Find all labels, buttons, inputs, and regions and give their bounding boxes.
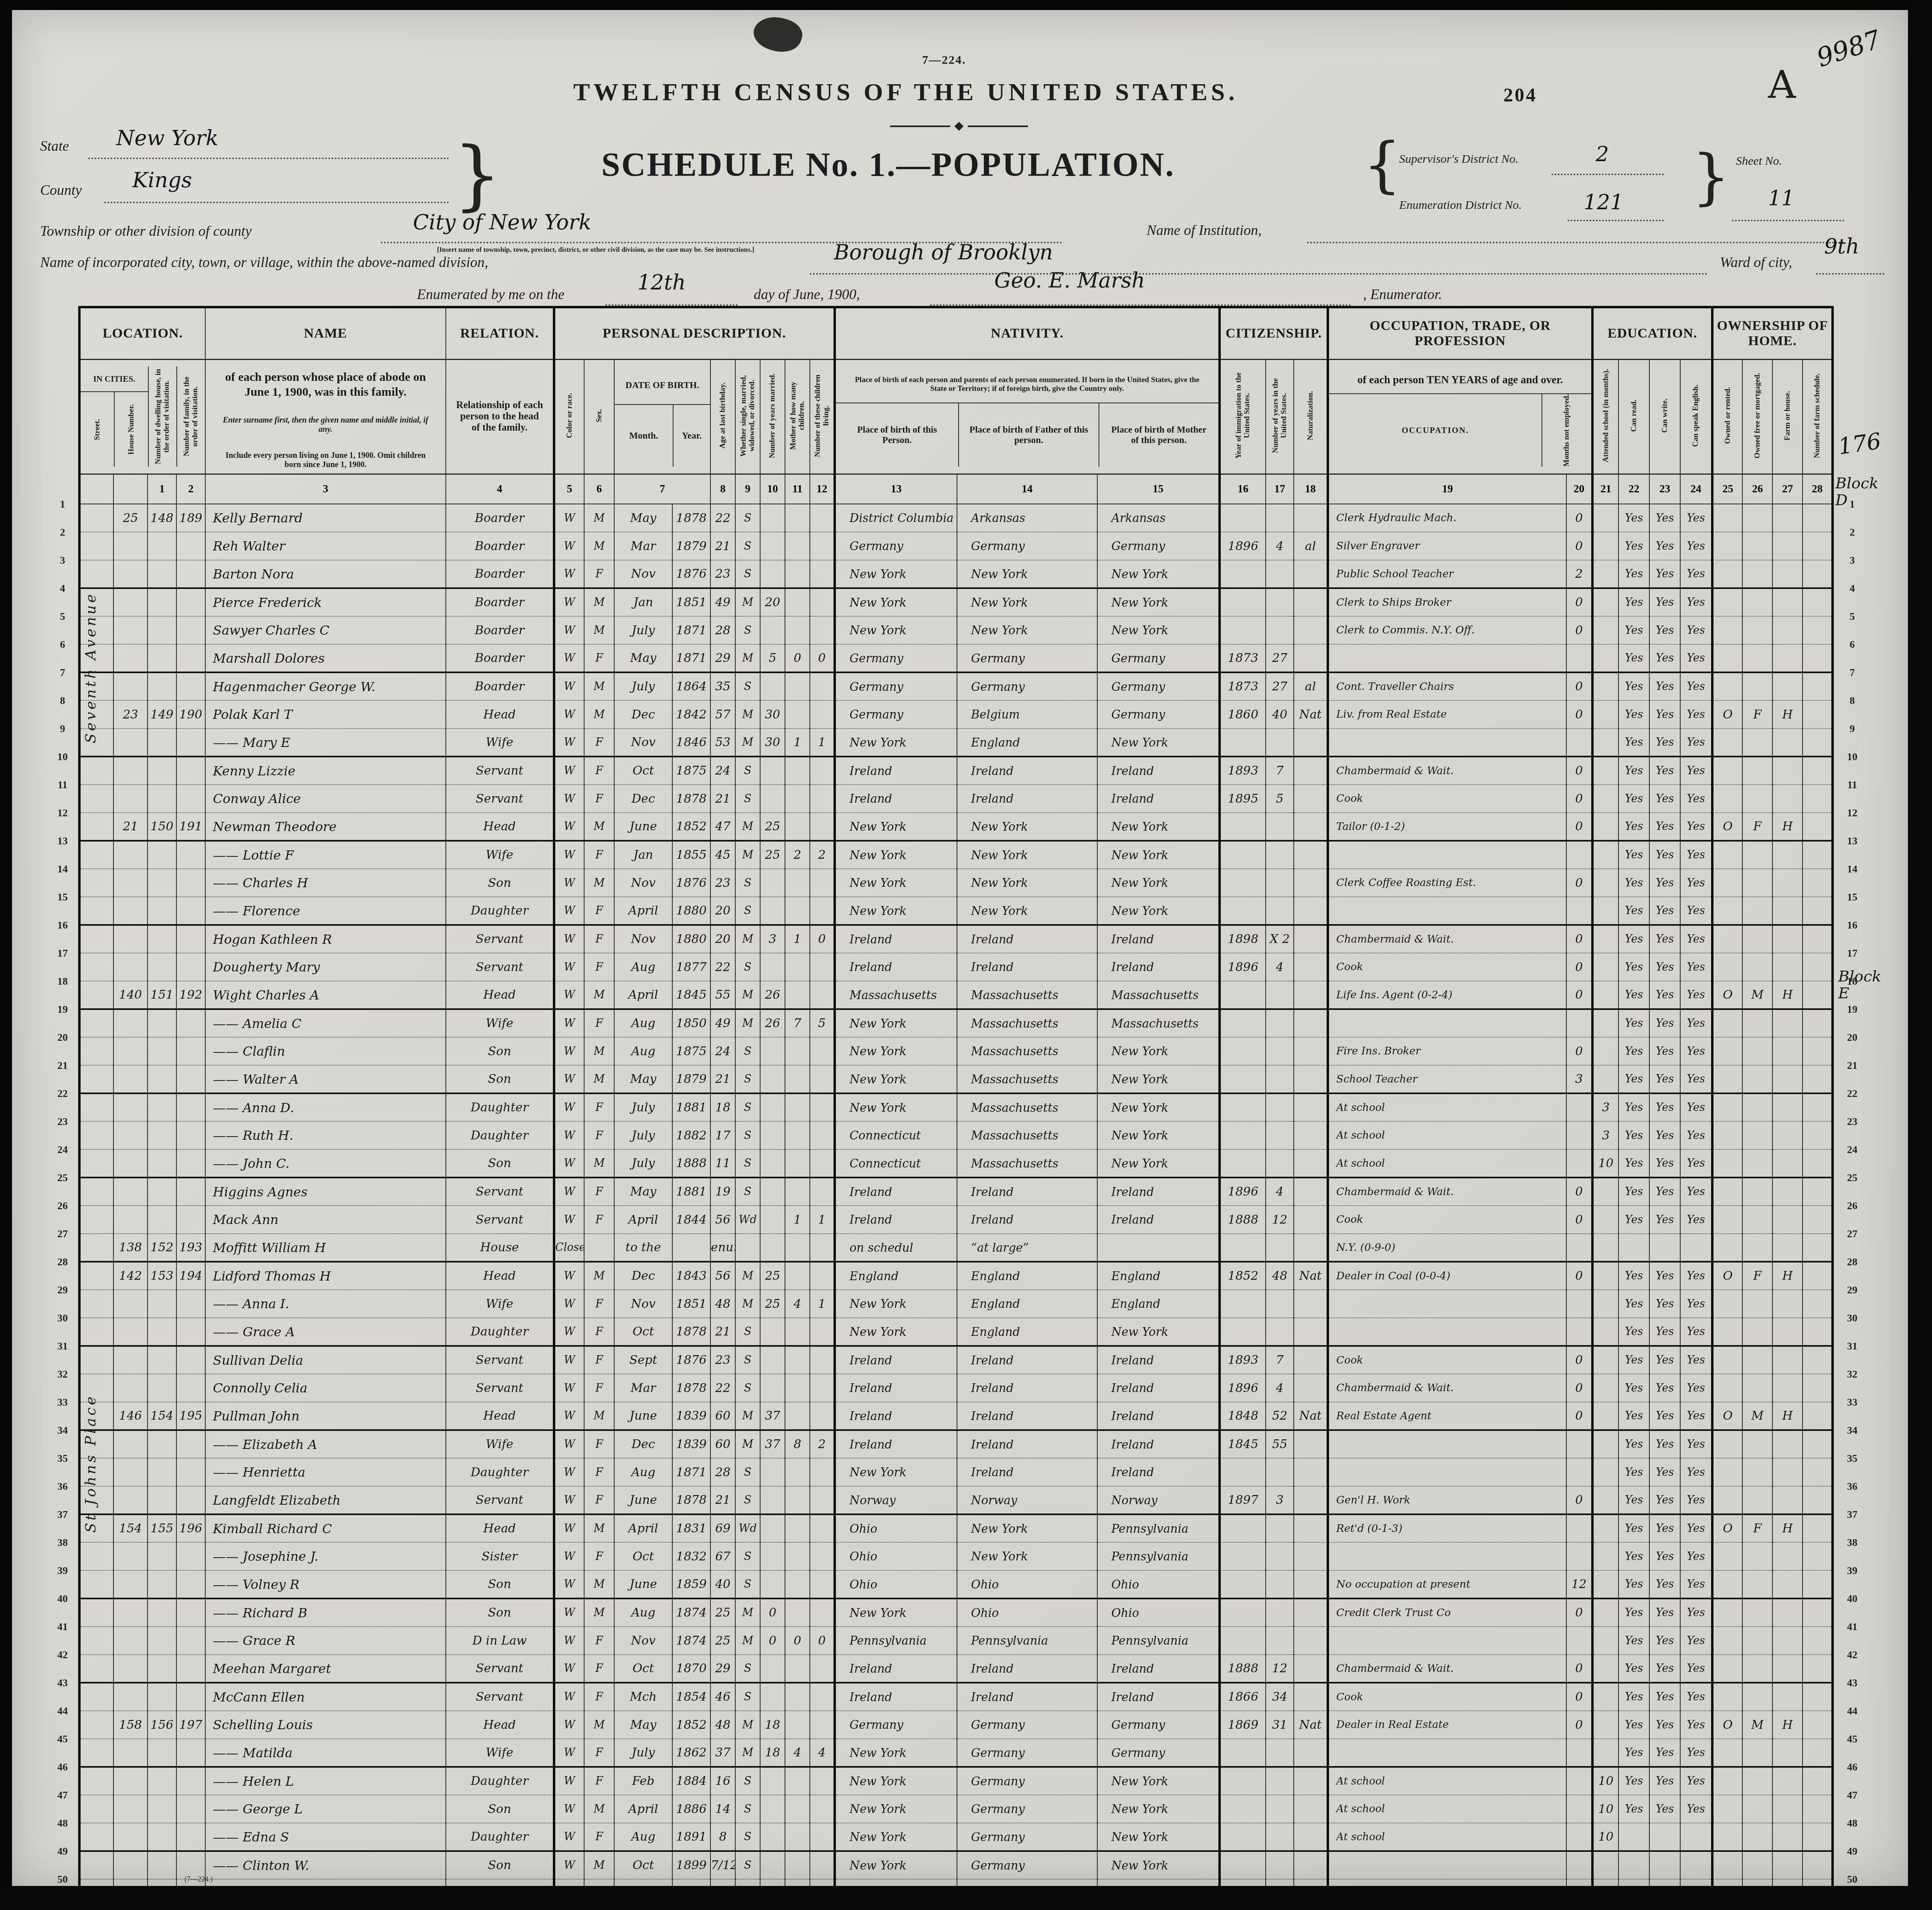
- cell-sex: M: [584, 1514, 614, 1542]
- cell-owned: [1712, 1795, 1742, 1823]
- cell-color: W: [554, 1037, 584, 1065]
- col-school: Attended school (in months).: [1592, 359, 1618, 474]
- table-row: —— Charles HSonWMNov187623SNew YorkNew Y…: [79, 869, 1833, 897]
- cell-owned: [1712, 1655, 1742, 1683]
- cell-name: Schelling Louis: [205, 1711, 446, 1739]
- cell-occupation: [1328, 1739, 1566, 1767]
- cell-marital: M: [735, 1598, 760, 1627]
- cell-yrs_us: [1266, 504, 1294, 532]
- cell-write: Yes: [1649, 1009, 1680, 1037]
- table-row: 140151192Wight Charles AHeadWMApril18455…: [79, 981, 1833, 1009]
- cell-farm: [1772, 1206, 1803, 1234]
- cell-write: Yes: [1649, 785, 1680, 813]
- cell-house: [113, 672, 148, 700]
- table-row: Mack AnnServantWFApril184456Wd11IrelandI…: [79, 1206, 1833, 1234]
- cell-relation: Son: [446, 869, 554, 897]
- cell-mortgage: [1742, 616, 1772, 644]
- cell-write: Yes: [1649, 1290, 1680, 1318]
- cell-house: 146: [113, 1402, 148, 1430]
- cell-mortgage: [1742, 1065, 1772, 1093]
- schedule-table: LOCATION. NAME RELATION. PERSONAL DESCRI…: [78, 306, 1834, 1886]
- cell-nat: al: [1294, 672, 1328, 700]
- col-sex: Sex.: [584, 359, 614, 474]
- cell-occupation: Dealer in Real Estate: [1328, 1711, 1566, 1739]
- cell-imm_year: 1893: [1220, 1346, 1266, 1374]
- cell-english: Yes: [1680, 1290, 1712, 1318]
- cell-relation: Wife: [446, 728, 554, 757]
- cell-yrs_married: 5: [760, 644, 785, 672]
- cell-english: Yes: [1680, 1093, 1712, 1121]
- cell-pob_father: Massachusetts: [957, 1065, 1097, 1093]
- cell-owned: [1712, 1318, 1742, 1346]
- cell-pob: Norway: [835, 1486, 957, 1514]
- cell-month: May: [614, 504, 672, 532]
- cell-pob: New York: [835, 1458, 957, 1486]
- cell-yrs_us: 31: [1266, 1711, 1294, 1739]
- cell-write: Yes: [1649, 700, 1680, 728]
- cell-english: Yes: [1680, 1486, 1712, 1514]
- margin-row-number: 34: [1840, 1416, 1864, 1445]
- cell-english: Yes: [1680, 1711, 1712, 1739]
- cell-pob_mother: Pennsylvania: [1097, 1627, 1220, 1655]
- cell-mortgage: [1742, 1795, 1772, 1823]
- cell-read: Yes: [1618, 1402, 1649, 1430]
- cell-marital: S: [735, 1683, 760, 1711]
- page-title: TWELFTH CENSUS OF THE UNITED STATES.: [573, 78, 1238, 107]
- cell-mother_of: [785, 1037, 810, 1065]
- cell-read: Yes: [1618, 1121, 1649, 1149]
- cell-months_unemp: [1566, 1795, 1592, 1823]
- cell-year: 1870: [672, 1655, 710, 1683]
- cell-pob_father: Massachusetts: [957, 1149, 1097, 1178]
- cell-family: 190: [176, 700, 205, 728]
- cell-sched: [1803, 1627, 1833, 1655]
- cell-street: [79, 897, 113, 925]
- cell-dwelling: [148, 1290, 176, 1318]
- cell-school: [1592, 504, 1618, 532]
- cell-farm: [1772, 504, 1803, 532]
- cell-owned: [1712, 532, 1742, 560]
- table-row: —— Anna I.WifeWFNov185148M2541New YorkEn…: [79, 1290, 1833, 1318]
- cell-living: [810, 813, 835, 841]
- cell-english: Yes: [1680, 1262, 1712, 1290]
- cell-relation: Daughter: [446, 1121, 554, 1149]
- cell-family: [176, 1206, 205, 1234]
- margin-row-number: 27: [51, 1220, 75, 1248]
- cell-month: Dec: [614, 700, 672, 728]
- cell-house: [113, 1346, 148, 1374]
- cell-marital: S: [735, 1795, 760, 1823]
- margin-row-number: 23: [51, 1108, 75, 1136]
- table-row: —— MatildaWifeWFJuly186237M1844New YorkG…: [79, 1739, 1833, 1767]
- column-number-name: 3: [205, 474, 446, 504]
- cell-living: [810, 1823, 835, 1851]
- cell-pob_mother: Germany: [1097, 1711, 1220, 1739]
- cell-dwelling: 149: [148, 700, 176, 728]
- cell-relation: Wife: [446, 1290, 554, 1318]
- cell-sex: M: [584, 532, 614, 560]
- cell-color: W: [554, 728, 584, 757]
- plate-letter: A: [1768, 62, 1796, 107]
- cell-yrs_us: 4: [1266, 1374, 1294, 1402]
- cell-pob: New York: [835, 1009, 957, 1037]
- cell-pob_mother: New York: [1097, 1093, 1220, 1121]
- cell-mother_of: [785, 953, 810, 981]
- cell-english: Yes: [1680, 1037, 1712, 1065]
- cell-occupation: At school: [1328, 1767, 1566, 1795]
- margin-row-number: 3: [51, 546, 75, 575]
- cell-marital: S: [735, 1851, 760, 1879]
- cell-farm: [1772, 1655, 1803, 1683]
- cell-year: 1881: [672, 1093, 710, 1121]
- cell-year: 1871: [672, 616, 710, 644]
- cell-mortgage: [1742, 869, 1772, 897]
- margin-row-number: 14: [1840, 855, 1864, 883]
- cell-months_unemp: [1566, 1149, 1592, 1178]
- cell-living: [810, 700, 835, 728]
- cell-year: 1852: [672, 1711, 710, 1739]
- cell-sched: [1803, 1093, 1833, 1121]
- group-citizenship: CITIZENSHIP.: [1220, 307, 1328, 359]
- cell-year: 1878: [672, 504, 710, 532]
- cell-months_unemp: 0: [1566, 1683, 1592, 1711]
- cell-pob: New York: [835, 728, 957, 757]
- cell-pob_father: Austria: [957, 1879, 1097, 1886]
- cell-write: Yes: [1649, 897, 1680, 925]
- cell-relation: Head: [446, 1262, 554, 1290]
- cell-relation: Son: [446, 1598, 554, 1627]
- cell-family: [176, 1346, 205, 1374]
- cell-nat: [1294, 1178, 1328, 1206]
- cell-months_unemp: 0: [1566, 981, 1592, 1009]
- cell-yrs_married: [760, 1178, 785, 1206]
- cell-marital: M: [735, 1009, 760, 1037]
- cell-color: W: [554, 1542, 584, 1570]
- margin-row-number: 10: [1840, 743, 1864, 771]
- table-row: Sawyer Charles CBoarderWMJuly187128SNew …: [79, 616, 1833, 644]
- cell-color: W: [554, 1795, 584, 1823]
- col-month: Month.: [615, 405, 673, 467]
- margin-row-number: 48: [1840, 1809, 1864, 1837]
- cell-pob: New York: [835, 1065, 957, 1093]
- cell-pob: Austria: [835, 1879, 957, 1886]
- cell-family: 195: [176, 1402, 205, 1430]
- cell-house: [113, 1627, 148, 1655]
- cell-english: Yes: [1680, 757, 1712, 785]
- cell-dwelling: [148, 1683, 176, 1711]
- cell-family: [176, 1093, 205, 1121]
- column-number-farm: 27: [1772, 474, 1803, 504]
- column-number-relation: 4: [446, 474, 554, 504]
- cell-living: 0: [810, 925, 835, 953]
- margin-note-block-d: Block D: [1835, 475, 1878, 509]
- cell-english: Yes: [1680, 1795, 1712, 1823]
- margin-row-number: 36: [51, 1473, 75, 1501]
- table-row: —— Josephine J.SisterWFOct183267SOhioNew…: [79, 1542, 1833, 1570]
- cell-pob_mother: New York: [1097, 588, 1220, 616]
- cell-mother_of: [785, 1262, 810, 1290]
- group-nativity: NATIVITY.: [835, 307, 1220, 359]
- cell-family: [176, 953, 205, 981]
- cell-month: Nov: [614, 560, 672, 588]
- column-number-marital: 9: [735, 474, 760, 504]
- cell-age: 7/12: [710, 1851, 735, 1879]
- cell-occupation: [1328, 897, 1566, 925]
- col-pob-father: Place of birth of Father of this person.: [958, 403, 1099, 467]
- cell-sched: [1803, 1065, 1833, 1093]
- column-number-row: 1234567891011121314151617181920212223242…: [79, 474, 1833, 504]
- cell-months_unemp: 0: [1566, 925, 1592, 953]
- cell-owned: [1712, 1627, 1742, 1655]
- cell-month: July: [614, 616, 672, 644]
- cell-nat: [1294, 1542, 1328, 1570]
- cell-school: [1592, 700, 1618, 728]
- col-mortgage: Owned free or mortgaged.: [1742, 359, 1772, 474]
- cell-farm: [1772, 1683, 1803, 1711]
- cell-street: [79, 1121, 113, 1149]
- cell-family: [176, 1655, 205, 1683]
- enumerated-mid: day of June, 1900,: [754, 286, 860, 303]
- cell-relation: Servant: [446, 953, 554, 981]
- cell-dwelling: [148, 1374, 176, 1402]
- cell-yrs_us: [1266, 1739, 1294, 1767]
- cell-occupation: Clerk to Ships Broker: [1328, 588, 1566, 616]
- cell-farm: [1772, 1795, 1803, 1823]
- cell-owned: [1712, 1570, 1742, 1598]
- cell-age: 14: [710, 1795, 735, 1823]
- cell-sex: F: [584, 1346, 614, 1374]
- margin-row-number: 38: [51, 1529, 75, 1557]
- enumerated-prefix: Enumerated by me on the: [417, 286, 564, 303]
- cell-living: 1: [810, 1290, 835, 1318]
- col-pob-mother: Place of birth of Mother of this person.: [1099, 403, 1218, 467]
- enumeration-value: 121: [1584, 190, 1623, 214]
- cell-imm_year: [1220, 1121, 1266, 1149]
- cell-english: Yes: [1680, 672, 1712, 700]
- cell-read: Yes: [1618, 1206, 1649, 1234]
- cell-school: [1592, 785, 1618, 813]
- cell-sched: [1803, 1009, 1833, 1037]
- cell-dwelling: [148, 1767, 176, 1795]
- cell-sched: [1803, 1851, 1833, 1879]
- cell-age: 8: [710, 1823, 735, 1851]
- cell-school: [1592, 616, 1618, 644]
- cell-farm: [1772, 1149, 1803, 1178]
- cell-mother_of: 1: [785, 728, 810, 757]
- cell-dwelling: [148, 1851, 176, 1879]
- cell-month: July: [614, 1093, 672, 1121]
- cell-dwelling: 156: [148, 1711, 176, 1739]
- cell-pob_mother: New York: [1097, 869, 1220, 897]
- cell-owned: [1712, 841, 1742, 869]
- cell-school: [1592, 1542, 1618, 1570]
- cell-occupation: [1328, 1318, 1566, 1346]
- cell-age: 22: [710, 1374, 735, 1402]
- cell-sex: F: [584, 925, 614, 953]
- cell-mother_of: [785, 1234, 810, 1262]
- col-house: House Number.: [127, 404, 136, 455]
- cell-farm: [1772, 869, 1803, 897]
- cell-pob: New York: [835, 1290, 957, 1318]
- cell-house: [113, 1318, 148, 1346]
- cell-name: —— Claflin: [205, 1037, 446, 1065]
- margin-row-number: 33: [1840, 1388, 1864, 1416]
- cell-pob: Pennsylvania: [835, 1627, 957, 1655]
- cell-school: [1592, 1318, 1618, 1346]
- cell-school: [1592, 728, 1618, 757]
- cell-mortgage: F: [1742, 813, 1772, 841]
- cell-sex: M: [584, 1570, 614, 1598]
- cell-yrs_us: 55: [1266, 1430, 1294, 1458]
- cell-read: Yes: [1618, 1486, 1649, 1514]
- margin-row-number: 39: [1840, 1557, 1864, 1585]
- cell-imm_year: [1220, 1598, 1266, 1627]
- cell-family: [176, 897, 205, 925]
- margin-row-number: 46: [51, 1753, 75, 1781]
- cell-mother_of: 0: [785, 1627, 810, 1655]
- cell-imm_year: 1896: [1220, 1374, 1266, 1402]
- cell-sched: [1803, 1262, 1833, 1290]
- cell-name: —— Amelia C: [205, 1009, 446, 1037]
- cell-pob: Ireland: [835, 1683, 957, 1711]
- cell-year: 1854: [672, 1683, 710, 1711]
- cell-pob_father: Germany: [957, 672, 1097, 700]
- cell-nat: [1294, 1683, 1328, 1711]
- cell-relation: Son: [446, 1037, 554, 1065]
- cell-pob: New York: [835, 1767, 957, 1795]
- cell-pob_mother: Germany: [1097, 700, 1220, 728]
- group-personal: PERSONAL DESCRIPTION.: [554, 307, 835, 359]
- cell-imm_year: [1220, 588, 1266, 616]
- cell-marital: M: [735, 925, 760, 953]
- cell-english: Yes: [1680, 1374, 1712, 1402]
- column-number-school: 21: [1592, 474, 1618, 504]
- cell-name: —— Florence: [205, 897, 446, 925]
- cell-write: Yes: [1649, 869, 1680, 897]
- cell-imm_year: 1873: [1220, 644, 1266, 672]
- cell-months_unemp: [1566, 1234, 1592, 1262]
- cell-yrs_us: [1266, 981, 1294, 1009]
- cell-imm_year: [1220, 1739, 1266, 1767]
- cell-pob_father: Arkansas: [957, 504, 1097, 532]
- cell-pob_mother: Ireland: [1097, 953, 1220, 981]
- cell-yrs_us: [1266, 1093, 1294, 1121]
- cell-name: —— Richard B: [205, 1598, 446, 1627]
- margin-row-number: 13: [1840, 827, 1864, 855]
- cell-write: Yes: [1649, 1486, 1680, 1514]
- cell-sex: F: [584, 1290, 614, 1318]
- cell-relation: Head: [446, 1514, 554, 1542]
- cell-write: Yes: [1649, 1767, 1680, 1795]
- cell-living: [810, 504, 835, 532]
- cell-months_unemp: [1566, 897, 1592, 925]
- cell-yrs_married: [760, 953, 785, 981]
- cell-occupation: At school: [1328, 1149, 1566, 1178]
- margin-row-number: 20: [51, 1024, 75, 1052]
- divider-flourish: [890, 123, 1028, 129]
- cell-owned: [1712, 1206, 1742, 1234]
- cell-months_unemp: 0: [1566, 785, 1592, 813]
- cell-nat: [1294, 560, 1328, 588]
- brace-open: {: [1363, 130, 1401, 200]
- cell-farm: [1772, 841, 1803, 869]
- cell-marital: S: [735, 785, 760, 813]
- col-color: Color or race.: [554, 359, 584, 474]
- cell-yrs_married: [760, 1767, 785, 1795]
- cell-dwelling: [148, 1121, 176, 1149]
- margin-row-number: 17: [1840, 939, 1864, 967]
- cell-read: Yes: [1618, 672, 1649, 700]
- cell-occupation: At school: [1328, 1795, 1566, 1823]
- cell-house: [113, 1823, 148, 1851]
- cell-farm: [1772, 1542, 1803, 1570]
- cell-pob_father: Norway: [957, 1486, 1097, 1514]
- cell-english: Yes: [1680, 1206, 1712, 1234]
- cell-yrs_us: [1266, 1542, 1294, 1570]
- cell-farm: [1772, 757, 1803, 785]
- cell-mortgage: [1742, 1430, 1772, 1458]
- cell-nat: [1294, 757, 1328, 785]
- cell-house: [113, 1149, 148, 1178]
- cell-sched: [1803, 1795, 1833, 1823]
- cell-color: W: [554, 897, 584, 925]
- cell-yrs_us: [1266, 1458, 1294, 1486]
- cell-months_unemp: [1566, 1458, 1592, 1486]
- margin-row-number: 24: [1840, 1136, 1864, 1164]
- cell-sched: [1803, 1290, 1833, 1318]
- cell-sched: [1803, 672, 1833, 700]
- form-number: 7—224.: [922, 53, 966, 67]
- cell-sex: F: [584, 1374, 614, 1402]
- cell-months_unemp: 0: [1566, 588, 1592, 616]
- table-row: —— ClaflinSonWMAug187524SNew YorkMassach…: [79, 1037, 1833, 1065]
- cell-month: Oct: [614, 1318, 672, 1346]
- cell-pob: Ireland: [835, 953, 957, 981]
- cell-living: [810, 1598, 835, 1627]
- cell-farm: H: [1772, 700, 1803, 728]
- cell-living: [810, 616, 835, 644]
- cell-sex: F: [584, 1430, 614, 1458]
- cell-mother_of: [785, 1065, 810, 1093]
- cell-mortgage: [1742, 785, 1772, 813]
- cell-name: Higgins Agnes: [205, 1178, 446, 1206]
- cell-occupation: School Teacher: [1328, 1065, 1566, 1093]
- cell-living: [810, 1655, 835, 1683]
- cell-living: [810, 1093, 835, 1121]
- cell-year: 1879: [672, 1065, 710, 1093]
- cell-color: W: [554, 1065, 584, 1093]
- cell-street: [79, 1823, 113, 1851]
- cell-pob_father: Ireland: [957, 1374, 1097, 1402]
- margin-row-number: 42: [51, 1641, 75, 1669]
- cell-yrs_us: [1266, 1009, 1294, 1037]
- cell-marital: S: [735, 757, 760, 785]
- cell-imm_year: 1852: [1220, 1262, 1266, 1290]
- cell-family: [176, 925, 205, 953]
- cell-year: 1855: [672, 841, 710, 869]
- cell-sex: F: [584, 1879, 614, 1886]
- cell-year: 1839: [672, 1402, 710, 1430]
- cell-occupation: Credit Clerk Trust Co: [1328, 1598, 1566, 1627]
- cell-color: W: [554, 981, 584, 1009]
- column-number-pob_father: 14: [957, 474, 1097, 504]
- cell-mother_of: [785, 1542, 810, 1570]
- cell-mother_of: [785, 1851, 810, 1879]
- cell-mortgage: [1742, 1458, 1772, 1486]
- table-row: —— John C.SonWMJuly188811SConnecticutMas…: [79, 1149, 1833, 1178]
- cell-pob: Ireland: [835, 925, 957, 953]
- cell-family: [176, 532, 205, 560]
